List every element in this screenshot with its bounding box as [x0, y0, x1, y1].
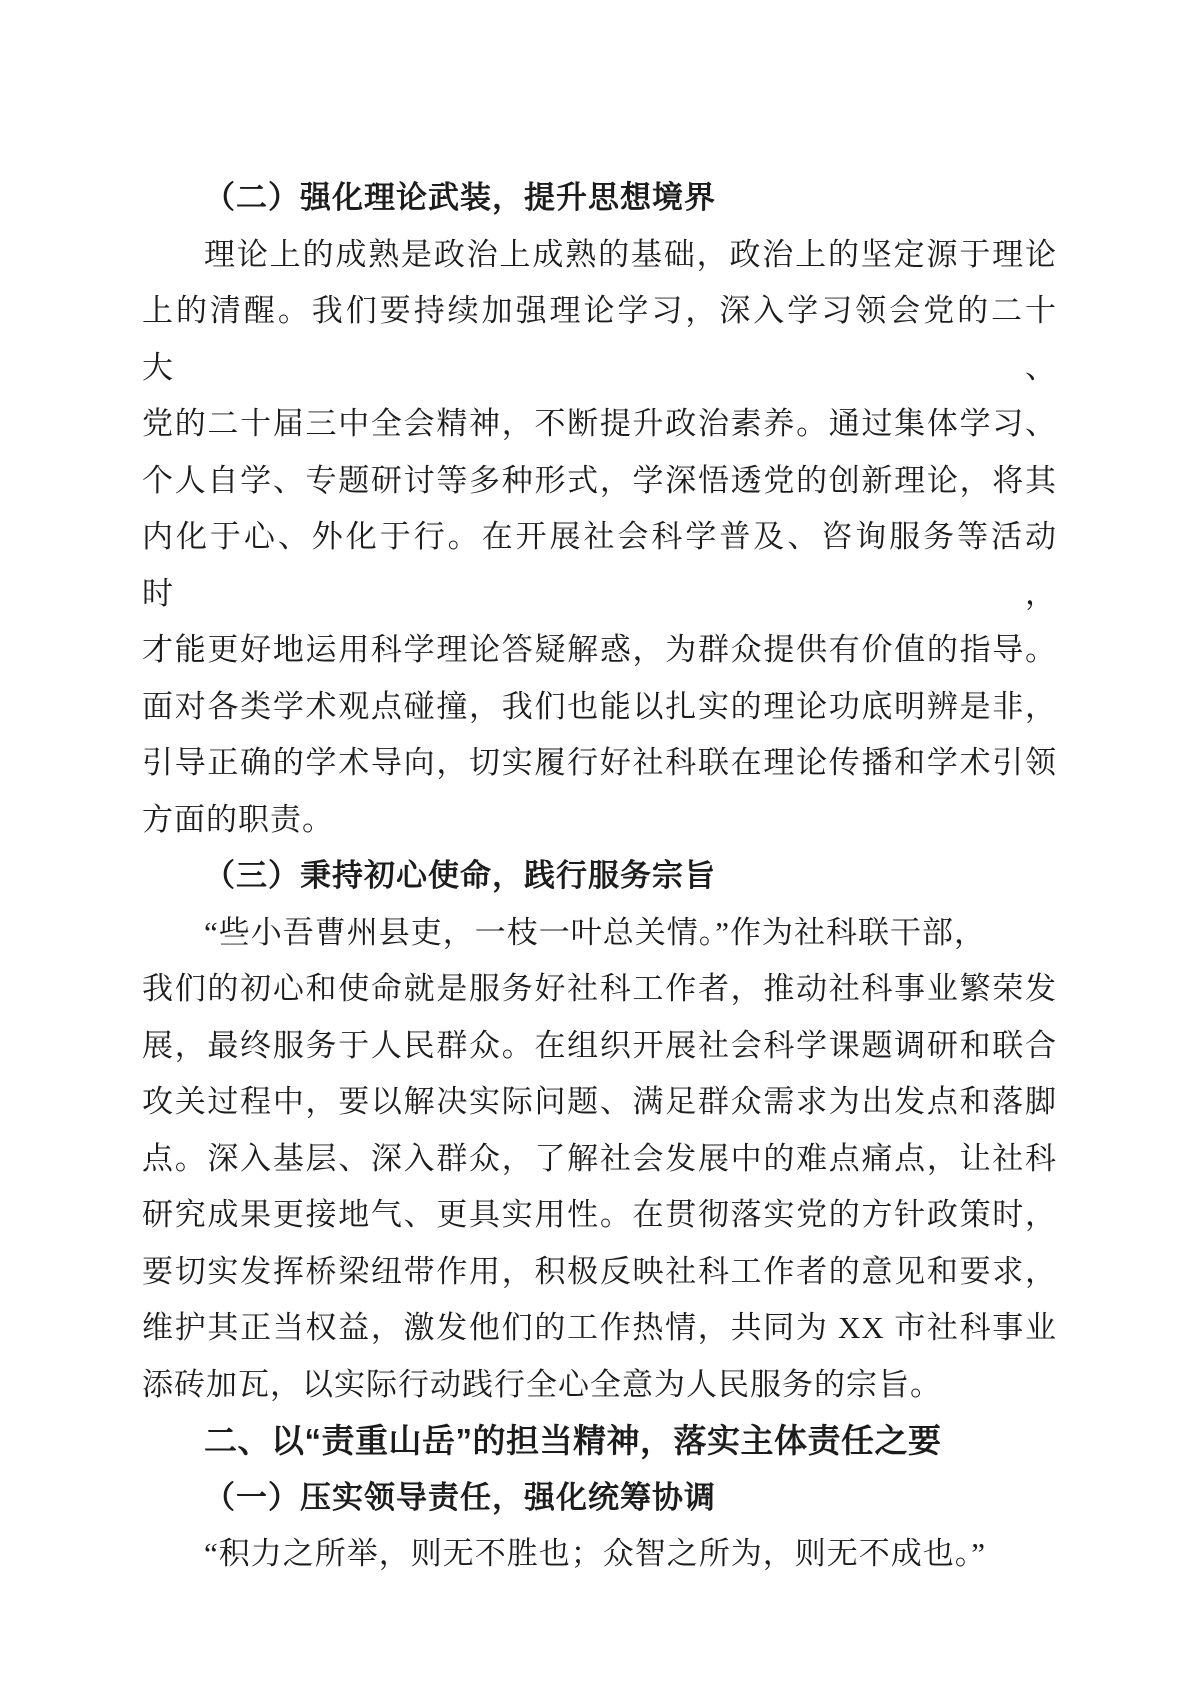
paragraph-line: 内化于心、外化于行。在开展社会科学普及、咨询服务等活动时， — [142, 509, 1057, 622]
paragraph-line: 才能更好地运用科学理论答疑解惑，为群众提供有价值的指导。 — [142, 622, 1057, 679]
paragraph-line: 研究成果更接地气、更具实用性。在贯彻落实党的方针政策时， — [142, 1187, 1057, 1244]
paragraph-line: 展，最终服务于人民群众。在组织开展社会科学课题调研和联合 — [142, 1018, 1057, 1075]
section-heading-3: （三）秉持初心使命，践行服务宗旨 — [142, 848, 1057, 905]
paragraph-line: 引导正确的学术导向，切实履行好社科联在理论传播和学术引领 — [142, 735, 1057, 792]
paragraph-line: 要切实发挥桥梁纽带作用，积极反映社科工作者的意见和要求， — [142, 1244, 1057, 1301]
paragraph-line: 我们的初心和使命就是服务好社科工作者，推动社科事业繁荣发 — [142, 961, 1057, 1018]
section-heading-2: （二）强化理论武装，提升思想境界 — [142, 170, 1057, 227]
quote-line: “积力之所举，则无不胜也；众智之所为，则无不成也。” — [142, 1526, 1057, 1583]
paragraph-line: 党的二十届三中全会精神，不断提升政治素养。通过集体学习、 — [142, 396, 1057, 453]
document-page: （二）强化理论武装，提升思想境界 理论上的成熟是政治上成熟的基础，政治上的坚定源… — [0, 0, 1190, 1683]
paragraph-line: 维护其正当权益，激发他们的工作热情，共同为 XX 市社科事业 — [142, 1300, 1057, 1357]
paragraph-line: 理论上的成熟是政治上成熟的基础，政治上的坚定源于理论 — [142, 227, 1057, 284]
paragraph-line: 上的清醒。我们要持续加强理论学习，深入学习领会党的二十大、 — [142, 283, 1057, 396]
paragraph-last-line: 添砖加瓦，以实际行动践行全心全意为人民服务的宗旨。 — [142, 1357, 1057, 1414]
quote-line: “些小吾曹州县吏，一枝一叶总关情。”作为社科联干部， — [142, 905, 1057, 962]
paragraph-line: 面对各类学术观点碰撞，我们也能以扎实的理论功底明辨是非， — [142, 679, 1057, 736]
paragraph-last-line: 方面的职责。 — [142, 792, 1057, 849]
section-heading-1: （一）压实领导责任，强化统筹协调 — [142, 1470, 1057, 1527]
paragraph-line: 点。深入基层、深入群众，了解社会发展中的难点痛点，让社科 — [142, 1131, 1057, 1188]
paragraph-line: 攻关过程中，要以解决实际问题、满足群众需求为出发点和落脚 — [142, 1074, 1057, 1131]
chapter-heading-2: 二、以“责重山岳”的担当精神，落实主体责任之要 — [142, 1413, 1057, 1470]
paragraph-line: 个人自学、专题研讨等多种形式，学深悟透党的创新理论，将其 — [142, 453, 1057, 510]
